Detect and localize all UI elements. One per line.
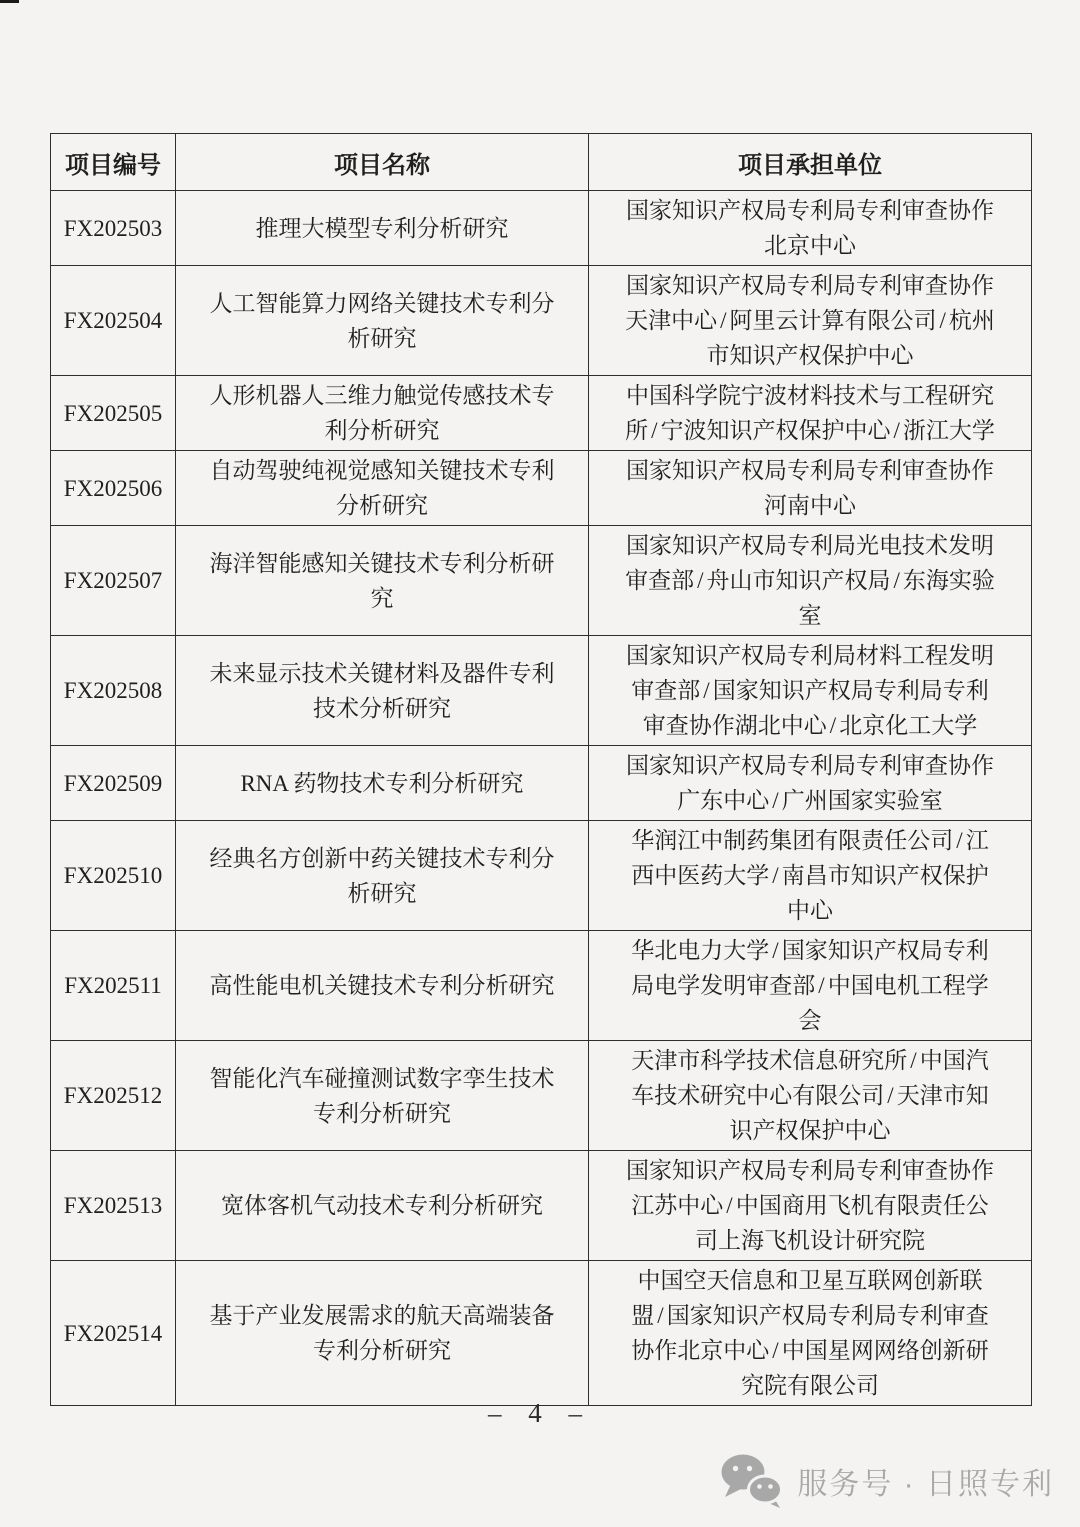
cell-project-org: 国家知识产权局专利局专利审查协作江苏中心/中国商用飞机有限责任公司上海飞机设计研… [589,1151,1032,1261]
wechat-account-label: 服务号 · 日照专利 [797,1459,1054,1503]
cell-project-org: 国家知识产权局专利局材料工程发明审查部/国家知识产权局专利局专利审查协作湖北中心… [589,636,1032,746]
cell-project-name: 推理大模型专利分析研究 [176,191,589,266]
cell-project-name: RNA 药物技术专利分析研究 [176,746,589,821]
org-separator: / [654,1303,666,1328]
cell-project-name: 未来显示技术关键材料及器件专利技术分析研究 [176,636,589,746]
cell-project-id: FX202509 [51,746,176,821]
org-separator: / [891,418,903,443]
cell-project-name: 宽体客机气动技术专利分析研究 [176,1151,589,1261]
org-separator: / [717,308,729,333]
cell-project-name: 高性能电机关键技术专利分析研究 [176,931,589,1041]
org-separator: / [907,1048,919,1073]
header-project-org: 项目承担单位 [589,134,1032,191]
cell-project-name: 智能化汽车碰撞测试数字孪生技术专利分析研究 [176,1041,589,1151]
table-row: FX202508未来显示技术关键材料及器件专利技术分析研究国家知识产权局专利局材… [51,636,1032,746]
cell-project-id: FX202503 [51,191,176,266]
wechat-icon [719,1452,785,1510]
table-row: FX202505人形机器人三维力触觉传感技术专利分析研究中国科学院宁波材料技术与… [51,376,1032,451]
cell-project-id: FX202506 [51,451,176,526]
cell-project-id: FX202512 [51,1041,176,1151]
table-row: FX202511高性能电机关键技术专利分析研究华北电力大学/国家知识产权局专利局… [51,931,1032,1041]
cell-project-org: 国家知识产权局专利局专利审查协作北京中心 [589,191,1032,266]
cell-project-name: 自动驾驶纯视觉感知关键技术专利分析研究 [176,451,589,526]
org-separator: / [769,863,781,888]
table-header-row: 项目编号 项目名称 项目承担单位 [51,134,1032,191]
cell-project-org: 华润江中制药集团有限责任公司/江西中医药大学/南昌市知识产权保护中心 [589,821,1032,931]
table-row: FX202509RNA 药物技术专利分析研究国家知识产权局专利局专利审查协作广东… [51,746,1032,821]
cell-project-name: 人工智能算力网络关键技术专利分析研究 [176,266,589,376]
table-row: FX202506自动驾驶纯视觉感知关键技术专利分析研究国家知识产权局专利局专利审… [51,451,1032,526]
cell-project-name: 人形机器人三维力触觉传感技术专利分析研究 [176,376,589,451]
cell-project-id: FX202511 [51,931,176,1041]
org-separator: / [694,568,706,593]
cell-project-org: 天津市科学技术信息研究所/中国汽车技术研究中心有限公司/天津市知识产权保护中心 [589,1041,1032,1151]
cell-project-org: 国家知识产权局专利局光电技术发明审查部/舟山市知识产权局/东海实验室 [589,526,1032,636]
org-separator: / [815,973,827,998]
cell-project-id: FX202507 [51,526,176,636]
cell-project-id: FX202513 [51,1151,176,1261]
header-project-id: 项目编号 [51,134,176,191]
cell-project-org: 国家知识产权局专利局专利审查协作河南中心 [589,451,1032,526]
cell-project-org: 中国空天信息和卫星互联网创新联盟/国家知识产权局专利局专利审查协作北京中心/中国… [589,1261,1032,1406]
scan-artifact-line [0,0,19,3]
cell-project-org: 国家知识产权局专利局专利审查协作天津中心/阿里云计算有限公司/杭州市知识产权保护… [589,266,1032,376]
org-separator: / [769,788,781,813]
cell-project-name: 经典名方创新中药关键技术专利分析研究 [176,821,589,931]
table-header: 项目编号 项目名称 项目承担单位 [51,134,1032,191]
org-separator: / [648,418,660,443]
cell-project-id: FX202504 [51,266,176,376]
org-separator: / [827,713,839,738]
org-separator: / [769,938,781,963]
org-separator: / [953,828,965,853]
org-separator: / [891,568,903,593]
cell-project-name: 海洋智能感知关键技术专利分析研究 [176,526,589,636]
project-table: 项目编号 项目名称 项目承担单位 FX202503推理大模型专利分析研究国家知识… [50,133,1032,1406]
table-row: FX202504人工智能算力网络关键技术专利分析研究国家知识产权局专利局专利审查… [51,266,1032,376]
table-row: FX202510经典名方创新中药关键技术专利分析研究华润江中制药集团有限责任公司… [51,821,1032,931]
header-project-name: 项目名称 [176,134,589,191]
cell-project-id: FX202505 [51,376,176,451]
org-separator: / [884,1083,896,1108]
cell-project-id: FX202514 [51,1261,176,1406]
wechat-account-watermark: 服务号 · 日照专利 [719,1452,1054,1510]
cell-project-id: FX202508 [51,636,176,746]
table-body: FX202503推理大模型专利分析研究国家知识产权局专利局专利审查协作北京中心F… [51,191,1032,1406]
table-row: FX202514基于产业发展需求的航天高端装备专利分析研究中国空天信息和卫星互联… [51,1261,1032,1406]
page-number: – 4 – [0,1398,1080,1429]
cell-project-org: 国家知识产权局专利局专利审查协作广东中心/广州国家实验室 [589,746,1032,821]
table-row: FX202507海洋智能感知关键技术专利分析研究国家知识产权局专利局光电技术发明… [51,526,1032,636]
table-row: FX202503推理大模型专利分析研究国家知识产权局专利局专利审查协作北京中心 [51,191,1032,266]
table-row: FX202512智能化汽车碰撞测试数字孪生技术专利分析研究天津市科学技术信息研究… [51,1041,1032,1151]
cell-project-name: 基于产业发展需求的航天高端装备专利分析研究 [176,1261,589,1406]
org-separator: / [937,308,949,333]
org-separator: / [723,1193,735,1218]
cell-project-org: 中国科学院宁波材料技术与工程研究所/宁波知识产权保护中心/浙江大学 [589,376,1032,451]
table-row: FX202513宽体客机气动技术专利分析研究国家知识产权局专利局专利审查协作江苏… [51,1151,1032,1261]
cell-project-id: FX202510 [51,821,176,931]
org-separator: / [700,678,712,703]
org-separator: / [769,1338,781,1363]
cell-project-org: 华北电力大学/国家知识产权局专利局电学发明审查部/中国电机工程学会 [589,931,1032,1041]
